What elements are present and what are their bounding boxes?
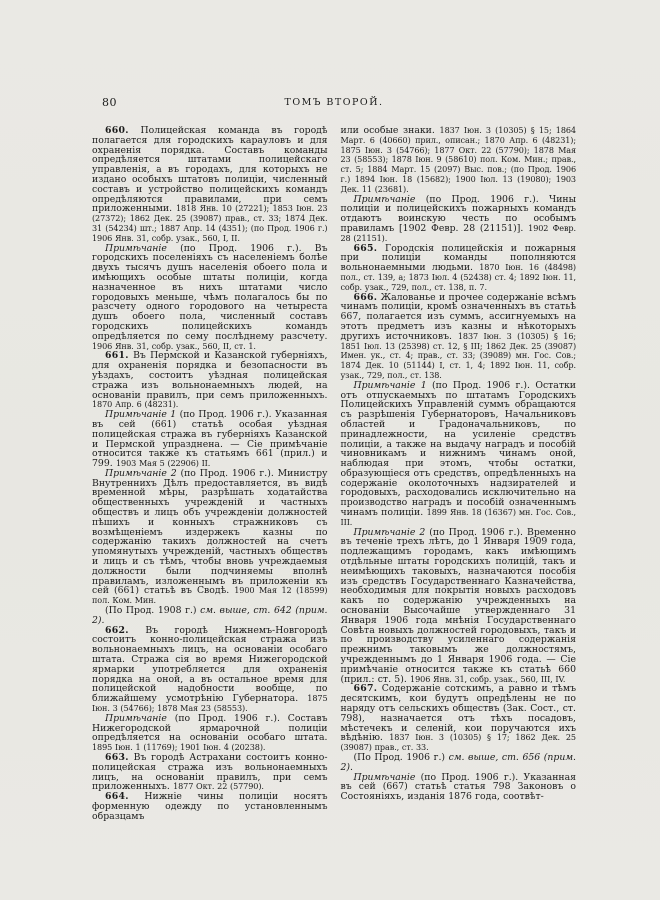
body-text: (по Прод. 1906 г.). Въ городскихъ поселе… bbox=[92, 243, 328, 342]
citation: 1895 Іюн. 1 (11769); 1901 Іюн. 4 (20238)… bbox=[92, 742, 265, 752]
ref-667: (По Прод. 1906 г.) см. выше, ст. 656 (пр… bbox=[341, 753, 577, 773]
article-661: 661. Въ Пермской и Казанской губерніяхъ,… bbox=[92, 351, 328, 410]
article-664: 664. Нижніе чины полиціи носятъ форменну… bbox=[92, 792, 328, 821]
column-right: или особые знаки. 1837 Іюн. 3 (10305) § … bbox=[341, 126, 577, 822]
text-columns: 660. Полицейская команда въ городѣ полаг… bbox=[92, 126, 576, 822]
body-text: (По Прод. 1906 г.) bbox=[354, 752, 449, 763]
body-text: (по Прод. 1906 г.). Министру Внутреннихъ… bbox=[92, 468, 328, 597]
body-text: Въ городѣ Нижнемъ-Новгородѣ состоитъ кон… bbox=[92, 625, 328, 705]
body-text: Полицейская команда въ городѣ полагается… bbox=[92, 125, 328, 214]
body-text: (по Прод. 1906 г.). Временно въ теченіе … bbox=[341, 527, 577, 685]
citation: 1870 Апр. 6 (48231). bbox=[92, 399, 178, 409]
note-666-2: Примѣчаніе 2 (по Прод. 1906 г.). Временн… bbox=[341, 528, 577, 685]
note-667: Примѣчаніе (по Прод. 1906 г.). Указанная… bbox=[341, 773, 577, 802]
citation: 1903 Мая 5 (22906) II. bbox=[116, 458, 210, 468]
citation: 1906 Янв. 31, собр. узак., 560, III, IV. bbox=[410, 674, 565, 684]
article-663: 663. Въ городѣ Астрахани состоитъ конно-… bbox=[92, 753, 328, 792]
body-text: (По Прод. 1908 г.) bbox=[105, 605, 200, 616]
running-title: ТОМЪ ВТОРОЙ. bbox=[92, 97, 576, 108]
body-text: (по Прод. 1906 г.). Остатки отъ отпускае… bbox=[341, 380, 577, 518]
note-666-1: Примѣчаніе 1 (по Прод. 1906 г.). Остатки… bbox=[341, 381, 577, 528]
article-666: 666. Жалованье и прочее содержаніе всѣмъ… bbox=[341, 293, 577, 381]
article-662: 662. Въ городѣ Нижнемъ-Новгородѣ состоит… bbox=[92, 626, 328, 714]
article-667: 667. Содержаніе сотскимъ, а равно и тѣмъ… bbox=[341, 684, 577, 753]
note-660: Примѣчаніе (по Прод. 1906 г.). Въ городс… bbox=[92, 244, 328, 352]
article-664-continuation: или особые знаки. 1837 Іюн. 3 (10305) § … bbox=[341, 126, 577, 195]
scanned-page: 80 ТОМЪ ВТОРОЙ. 660. Полицейская команда… bbox=[0, 0, 660, 900]
ref-661: (По Прод. 1908 г.) см. выше, ст. 642 (пр… bbox=[92, 606, 328, 626]
column-left: 660. Полицейская команда въ городѣ полаг… bbox=[92, 126, 328, 822]
citation: 1837 Іюн. 3 (10305) § 15; 1864 Март. 6 (… bbox=[341, 125, 577, 194]
article-660: 660. Полицейская команда въ городѣ полаг… bbox=[92, 126, 328, 244]
page-content: 80 ТОМЪ ВТОРОЙ. 660. Полицейская команда… bbox=[92, 96, 576, 822]
running-head: 80 ТОМЪ ВТОРОЙ. bbox=[92, 96, 576, 110]
note-664: Примѣчаніе (по Прод. 1906 г.). Чины поли… bbox=[341, 195, 577, 244]
citation: 1877 Окт. 22 (57790). bbox=[173, 781, 264, 791]
note-661-1: Примѣчаніе 1 (по Прод. 1906 г.). Указанн… bbox=[92, 410, 328, 469]
note-661-2: Примѣчаніе 2 (по Прод. 1906 г.). Министр… bbox=[92, 469, 328, 606]
article-665: 665. Городскія полицейскія и пожарныя пр… bbox=[341, 244, 577, 293]
note-662: Примѣчаніе (по Прод. 1906 г.). Составъ Н… bbox=[92, 714, 328, 753]
citation: 1906 Янв. 31, собр. узак., 560, II, ст. … bbox=[92, 341, 256, 351]
